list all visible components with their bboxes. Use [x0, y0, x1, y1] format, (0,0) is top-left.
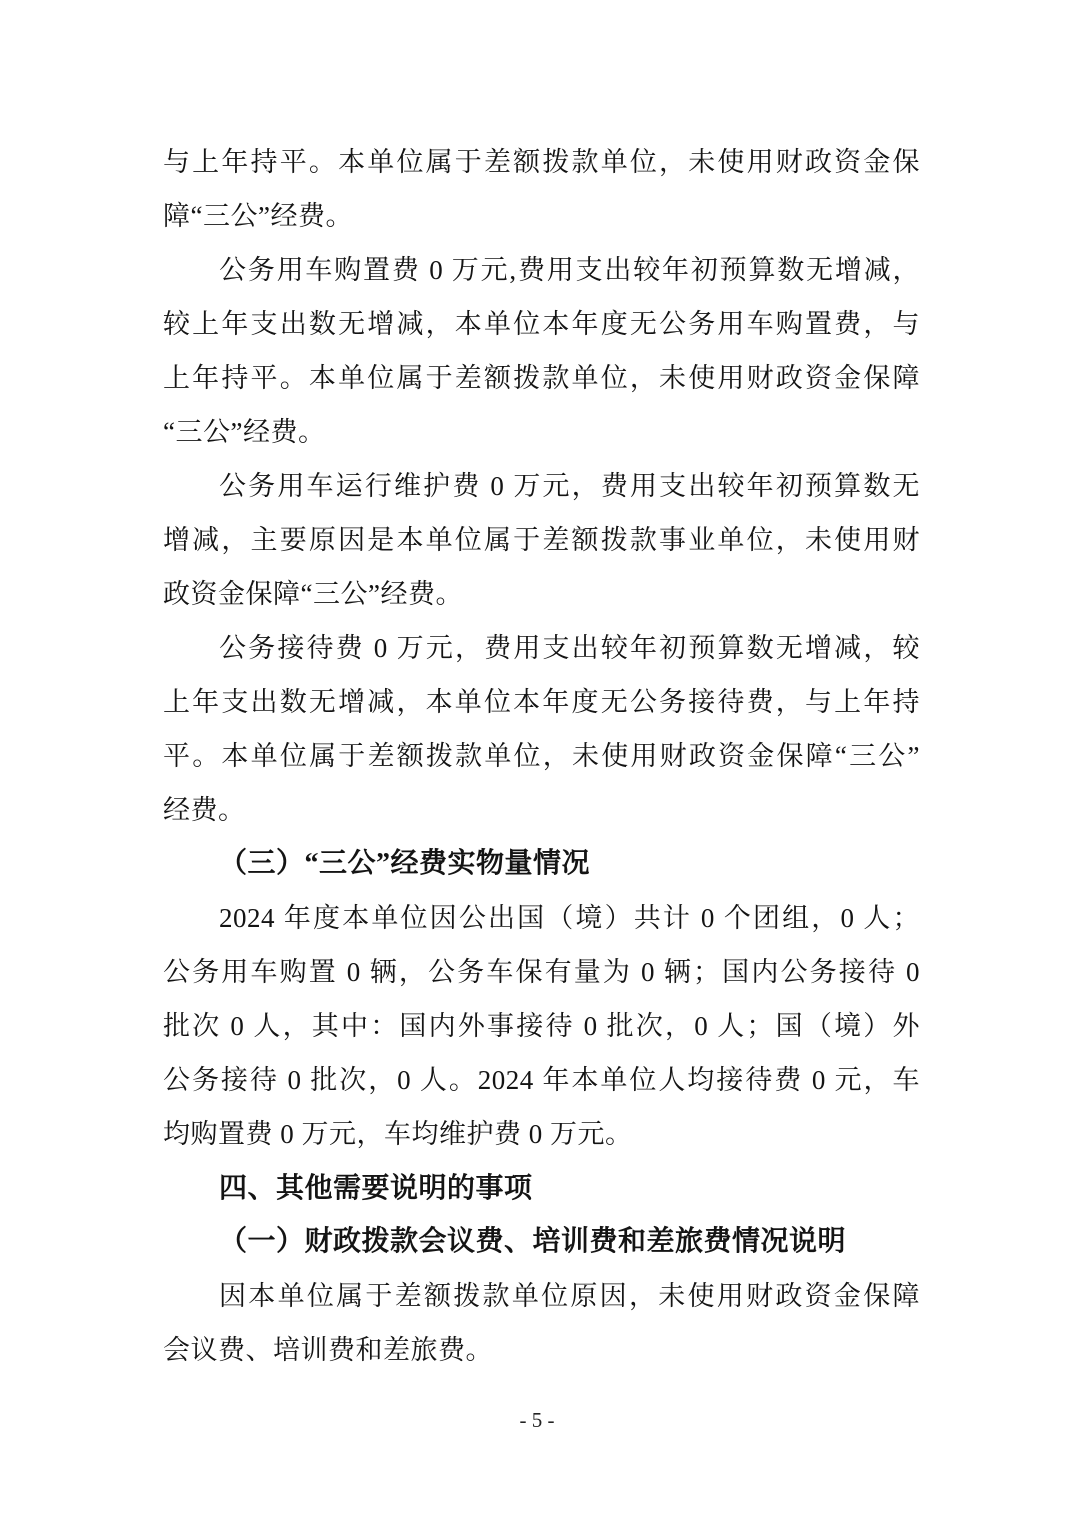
document-content: 与上年持平。本单位属于差额拨款单位，未使用财政资金保 障“三公”经费。 公务用车…	[163, 135, 920, 1377]
page-number: - 5 -	[520, 1408, 555, 1432]
document-page: 与上年持平。本单位属于差额拨款单位，未使用财政资金保 障“三公”经费。 公务用车…	[0, 0, 1074, 1520]
subsection-heading-meeting-training-travel-fees: （一）财政拨款会议费、培训费和差旅费情况说明	[163, 1215, 920, 1269]
text-line: “三公”经费。	[163, 405, 920, 459]
text-line: 公务接待 0 批次，0 人。2024 年本单位人均接待费 0 元，车	[163, 1053, 920, 1107]
text-line: 均购置费 0 万元，车均维护费 0 万元。	[163, 1107, 920, 1161]
text-line: 公务用车运行维护费 0 万元，费用支出较年初预算数无	[163, 459, 920, 513]
text-line: 会议费、培训费和差旅费。	[163, 1323, 920, 1377]
paragraph: 公务接待费 0 万元，费用支出较年初预算数无增减，较 上年支出数无增减，本单位本…	[163, 621, 920, 837]
text-line: 政资金保障“三公”经费。	[163, 567, 920, 621]
text-line: 公务用车购置 0 辆，公务车保有量为 0 辆；国内公务接待 0	[163, 945, 920, 999]
text-line: 与上年持平。本单位属于差额拨款单位，未使用财政资金保	[163, 135, 920, 189]
paragraph: 因本单位属于差额拨款单位原因，未使用财政资金保障 会议费、培训费和差旅费。	[163, 1269, 920, 1377]
paragraph: 公务用车购置费 0 万元,费用支出较年初预算数无增减， 较上年支出数无增减，本单…	[163, 243, 920, 459]
text-line: 平。本单位属于差额拨款单位，未使用财政资金保障“三公”	[163, 729, 920, 783]
text-line: 较上年支出数无增减，本单位本年度无公务用车购置费，与	[163, 297, 920, 351]
page-footer: - 5 -	[0, 1408, 1074, 1433]
heading-text: （一）财政拨款会议费、培训费和差旅费情况说明	[163, 1215, 920, 1269]
section-heading-other-items: 四、其他需要说明的事项	[163, 1161, 920, 1215]
paragraph: 公务用车运行维护费 0 万元，费用支出较年初预算数无 增减，主要原因是本单位属于…	[163, 459, 920, 621]
text-line: 上年支出数无增减，本单位本年度无公务接待费，与上年持	[163, 675, 920, 729]
heading-text: （三）“三公”经费实物量情况	[163, 837, 920, 891]
text-line: 经费。	[163, 783, 920, 837]
text-line: 批次 0 人，其中：国内外事接待 0 批次，0 人；国（境）外	[163, 999, 920, 1053]
text-line: 公务用车购置费 0 万元,费用支出较年初预算数无增减，	[163, 243, 920, 297]
paragraph: 与上年持平。本单位属于差额拨款单位，未使用财政资金保 障“三公”经费。	[163, 135, 920, 243]
text-line: 增减，主要原因是本单位属于差额拨款事业单位，未使用财	[163, 513, 920, 567]
text-line: 障“三公”经费。	[163, 189, 920, 243]
text-line: 公务接待费 0 万元，费用支出较年初预算数无增减，较	[163, 621, 920, 675]
section-heading-sangong-physical-quantity: （三）“三公”经费实物量情况	[163, 837, 920, 891]
text-line: 因本单位属于差额拨款单位原因，未使用财政资金保障	[163, 1269, 920, 1323]
paragraph: 2024 年度本单位因公出国（境）共计 0 个团组，0 人； 公务用车购置 0 …	[163, 891, 920, 1161]
text-line: 2024 年度本单位因公出国（境）共计 0 个团组，0 人；	[163, 891, 920, 945]
heading-text: 四、其他需要说明的事项	[163, 1161, 920, 1215]
text-line: 上年持平。本单位属于差额拨款单位，未使用财政资金保障	[163, 351, 920, 405]
